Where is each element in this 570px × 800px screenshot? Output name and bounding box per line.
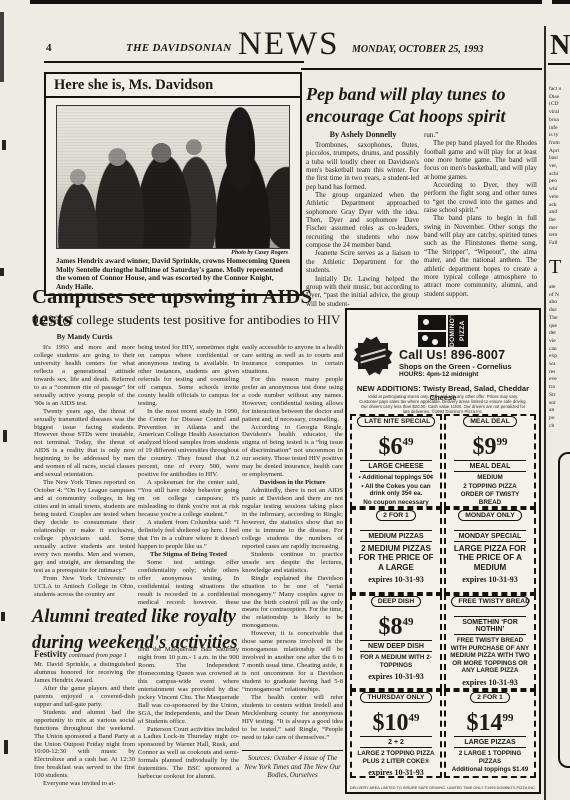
paragraph: Students continue to practice unsafe sex… bbox=[242, 551, 343, 575]
alumni-column-2: tend the Masquerade Ball Saturday night … bbox=[138, 646, 239, 798]
header-rule bbox=[44, 61, 304, 63]
pep-band-column-1: Trombones, saxophones, flutes, piccolos,… bbox=[306, 141, 419, 307]
coupon-line: 2 LARGE 1 TOPPING PIZZAS bbox=[450, 750, 530, 765]
coupon-line: 2 MEDIUM PIZZAS FOR THE PRICE OF A LARGE bbox=[356, 544, 436, 572]
paragraph: velo bbox=[549, 194, 570, 202]
ad-hours: HOURS: 4pm-12 midnight bbox=[399, 371, 539, 378]
paragraph: After the game players and their parents… bbox=[34, 685, 135, 709]
paragraph: res bbox=[549, 369, 570, 377]
paragraph: que bbox=[549, 323, 570, 331]
aids-subhead: 0.2% of college students test positive f… bbox=[32, 312, 346, 328]
paragraph: tem bbox=[549, 232, 570, 240]
paragraph: sor bbox=[549, 400, 570, 408]
ad-bottom-fine-print: DELIVERY AREA LIMITED TO INSURE SAFE DRI… bbox=[350, 786, 536, 790]
coupon-price: $1499 bbox=[448, 707, 532, 734]
photo-feature-title: Here she is, Ms. Davidson bbox=[46, 74, 300, 98]
paragraph: the bbox=[549, 217, 570, 225]
coupon-line: LARGE 2 TOPPING PIZZA PLUS 2 LITER COKE® bbox=[356, 750, 436, 765]
coupon-expires: expires 10-31-93 bbox=[354, 672, 438, 681]
paragraph: From New York University to UCLA to Anti… bbox=[34, 575, 135, 599]
pep-band-column-2: run.”The pep band played for the Rhodes … bbox=[424, 131, 537, 307]
coupon-title: MEAL DEAL bbox=[454, 460, 526, 472]
coupon-line: ORDER OF TWISTY BREAD bbox=[450, 491, 530, 506]
paragraph: ate bbox=[549, 284, 570, 292]
scan-artifact-edge-mark bbox=[1, 612, 5, 621]
starburst-badge-icon bbox=[351, 338, 395, 374]
coupon-tab: LATE NITE SPECIAL bbox=[357, 416, 434, 427]
paragraph: fact o bbox=[549, 86, 570, 94]
header-rule bbox=[548, 63, 570, 65]
coupon-title: LARGE CHEESE bbox=[360, 460, 432, 472]
domino-tile-icon bbox=[418, 315, 446, 347]
section-title: NEWS bbox=[238, 26, 340, 63]
alumni-column-1: Mr. David Sprinkle, a distinguished alum… bbox=[34, 661, 135, 798]
scan-artifact-top-bar bbox=[552, 0, 570, 4]
paragraph: A spokesman for the center said, “You st… bbox=[138, 479, 239, 519]
coupon-line: • All the Cokes you can drink only 35¢ e… bbox=[356, 483, 436, 498]
paragraph: viral bbox=[549, 109, 570, 117]
ad-phone: Call Us! 896-8007 bbox=[399, 348, 539, 362]
coupon-tab: THURSDAY ONLY bbox=[360, 692, 431, 703]
paragraph: (CD bbox=[549, 101, 570, 109]
paragraph: of N bbox=[549, 292, 570, 300]
coupon-tab: MONDAY ONLY bbox=[458, 510, 522, 521]
paragraph: peo bbox=[549, 178, 570, 186]
coupon-expires: expires 10-31-93 bbox=[448, 575, 532, 584]
coupon-grid: LATE NITE SPECIAL$649LARGE CHEESE• Addit… bbox=[350, 414, 536, 778]
paragraph: easily accessible to anyone in a health … bbox=[242, 344, 343, 376]
coupon-line: FREE TWISTY BREAD WITH PURCHASE OF ANY M… bbox=[450, 637, 530, 675]
paragraph: ver, bbox=[549, 163, 570, 171]
newspaper-page: 4 THE DAVIDSONIAN NEWS MONDAY, OCTOBER 2… bbox=[0, 0, 570, 800]
paragraph: basi bbox=[549, 155, 570, 163]
issue-date: MONDAY, OCTOBER 25, 1993 bbox=[352, 44, 483, 55]
scan-artifact-edge-mark bbox=[0, 12, 4, 82]
paragraph: Patterson Court activities included a La… bbox=[138, 726, 239, 782]
paragraph: an bbox=[549, 407, 570, 415]
coupon-line: 2 TOPPING PIZZA bbox=[450, 483, 530, 491]
coupon-expires: expires 10-31-93 bbox=[448, 777, 532, 778]
coupon-title: MEDIUM PIZZAS bbox=[360, 530, 432, 542]
paragraph: po bbox=[549, 415, 570, 423]
next-page-section-letter: N bbox=[550, 30, 570, 62]
aids-sources-note: Sources: October 4 issue of The New York… bbox=[242, 750, 343, 780]
paragraph: According to Georgia Ringle, Davidson's … bbox=[242, 424, 343, 480]
paragraph: The pep band played for the Rhodes footb… bbox=[424, 139, 537, 181]
paragraph: The bbox=[549, 315, 570, 323]
alumni-lead-word: Festivity bbox=[34, 649, 67, 659]
dominos-ad: DOMINO'S PIZZA Call Us! 896-8007 Shops o… bbox=[345, 308, 541, 794]
coupon: 2 FOR 1MEDIUM PIZZAS2 MEDIUM PIZZAS FOR … bbox=[350, 508, 442, 594]
coupon-line: No coupon necessary bbox=[356, 499, 436, 507]
paragraph: Admittedly, there is not an AIDS panic a… bbox=[242, 487, 343, 551]
paragraph: Fall bbox=[549, 240, 570, 248]
paragraph: The New York Times reported on October 4… bbox=[34, 479, 135, 574]
paragraph: The health center will refer students to… bbox=[242, 694, 343, 742]
masthead: THE DAVIDSONIAN bbox=[126, 42, 231, 54]
paragraph: Apri bbox=[549, 148, 570, 156]
coupon-expires: expires 10-31-93 bbox=[354, 575, 438, 584]
coupon-title: LARGE PIZZAS bbox=[454, 736, 526, 748]
coupon-line: MEDIUM bbox=[450, 474, 530, 482]
coupon-expires: expires 10-31-93 bbox=[354, 768, 438, 777]
ad-fine-print: Valid at participating stores only. Not … bbox=[359, 394, 527, 414]
aids-column-3: easily accessible to anyone in a health … bbox=[242, 344, 343, 746]
scan-artifact-edge-mark bbox=[2, 140, 6, 150]
scan-artifact-edge-mark bbox=[0, 268, 4, 276]
next-page-big-letter: T bbox=[549, 256, 561, 279]
coupon-title: NEW DEEP DISH bbox=[360, 640, 432, 652]
page-divider-rule bbox=[544, 26, 546, 800]
photo-feature-box: Here she is, Ms. Davidson Photo by Casey… bbox=[44, 72, 302, 296]
coupon-price: $849 bbox=[354, 611, 438, 638]
paragraph: ack bbox=[549, 202, 570, 210]
paragraph: Trombones, saxophones, flutes, piccolos,… bbox=[306, 141, 419, 191]
coupon-line: Additional toppings $1.49 bbox=[450, 766, 530, 774]
coupon-title: MONDAY SPECIAL bbox=[454, 530, 526, 542]
paragraph: Students and alumni had the opportunity … bbox=[34, 709, 135, 781]
paragraph: For this reason many people prefer an an… bbox=[242, 376, 343, 424]
coupon-tab: 2 FOR 1 bbox=[470, 692, 510, 703]
paragraph: duc bbox=[549, 307, 570, 315]
paragraph: run.” bbox=[424, 131, 537, 139]
paragraph: is ty bbox=[549, 132, 570, 140]
paragraph: Everyone was invited to at- bbox=[34, 780, 135, 788]
paragraph: exp bbox=[549, 353, 570, 361]
pep-band-byline: By Ashely Donnelly bbox=[306, 130, 420, 139]
next-page-coupon-edge bbox=[558, 452, 570, 768]
aids-byline: By Mandy Curtis bbox=[34, 332, 135, 341]
paragraph: eve bbox=[549, 376, 570, 384]
paragraph: Twenty years ago, the threat of sexually… bbox=[34, 408, 135, 480]
coupon-expires: expires 10-31-93 bbox=[448, 678, 532, 687]
scan-artifact-top-bar bbox=[30, 0, 542, 4]
paragraph: Some test settings offer confidentiality… bbox=[138, 559, 239, 604]
homecoming-photo bbox=[56, 105, 290, 249]
coupon-price: $999 bbox=[448, 431, 532, 458]
paragraph: In the most recent study in 1990, the Ce… bbox=[138, 408, 239, 480]
paragraph: Mr. David Sprinkle, a distinguished alum… bbox=[34, 661, 135, 685]
alumni-continued-text: continued from page 1 bbox=[67, 652, 127, 659]
paragraph: tend the Masquerade Ball Saturday night … bbox=[138, 646, 239, 726]
paragraph: abo bbox=[549, 299, 570, 307]
coupon-title: SOMETHIN ‘FOR NOTHIN’ bbox=[454, 616, 526, 635]
paragraph: infe bbox=[549, 125, 570, 133]
paragraph: achi bbox=[549, 171, 570, 179]
paragraph: The Stigma of Being Tested bbox=[138, 551, 239, 559]
scan-artifact-edge-mark bbox=[3, 430, 7, 442]
coupon-line: LARGE PIZZA FOR THE PRICE OF A MEDIUM bbox=[450, 544, 530, 572]
paragraph: The band plans to begin in full swing in… bbox=[424, 214, 537, 297]
coupon: FREE TWISTY BREADSOMETHIN ‘FOR NOTHIN’FR… bbox=[444, 594, 536, 690]
pep-band-headline: Pep band will play tunes to encourage Ca… bbox=[306, 84, 542, 127]
paragraph: and bbox=[549, 209, 570, 217]
next-page-text-fragments: ateof NaboducThequederviecanexpwaresevet… bbox=[549, 284, 570, 442]
paragraph: der bbox=[549, 330, 570, 338]
scan-artifact-edge-mark bbox=[4, 740, 8, 754]
coupon: DEEP DISH$849NEW DEEP DISHFOR A MEDIUM W… bbox=[350, 594, 442, 690]
paragraph: broa bbox=[549, 117, 570, 125]
coupon-price: $649 bbox=[354, 431, 438, 458]
aids-column-1: It's 1993 and more and more college stud… bbox=[34, 344, 135, 604]
coupon-tab: MEAL DEAL bbox=[463, 416, 517, 427]
ad-location: Shops on the Green - Cornelius bbox=[399, 362, 539, 371]
coupon-line: • Additional toppings 50¢ bbox=[356, 474, 436, 482]
coupon-tab: DEEP DISH bbox=[371, 596, 422, 607]
next-page-text-fragments: fact oDise(CDviralbroainfeis tyfromAprib… bbox=[549, 86, 570, 250]
paragraph: mer bbox=[549, 225, 570, 233]
paragraph: being tested for HIV, sometimes right on… bbox=[138, 344, 239, 408]
paragraph: Str bbox=[549, 392, 570, 400]
coupon: THURSDAY ONLY$10492 + 2LARGE 2 TOPPING P… bbox=[350, 690, 442, 778]
paragraph: According to Dyer, they will perform the… bbox=[424, 181, 537, 214]
aids-column-2: being tested for HIV, sometimes right on… bbox=[138, 344, 239, 604]
dominos-logo-text: DOMINO'S PIZZA bbox=[448, 315, 468, 347]
paragraph: from bbox=[549, 140, 570, 148]
paragraph: whi bbox=[549, 186, 570, 194]
paragraph: Davidson in the Picture bbox=[242, 479, 343, 487]
paragraph: The group organized when the Athletic De… bbox=[306, 191, 419, 249]
paragraph: It's 1993 and more and more college stud… bbox=[34, 344, 135, 408]
paragraph: tra bbox=[549, 384, 570, 392]
paragraph: ch bbox=[549, 423, 570, 431]
coupon: MEAL DEAL$999MEAL DEALMEDIUM2 TOPPING PI… bbox=[444, 414, 536, 508]
page-number: 4 bbox=[46, 42, 52, 54]
paragraph: can bbox=[549, 346, 570, 354]
coupon-title: 2 + 2 bbox=[360, 736, 432, 748]
coupon-tab: 2 FOR 1 bbox=[376, 510, 416, 521]
coupon: 2 FOR 1$1499LARGE PIZZAS2 LARGE 1 TOPPIN… bbox=[444, 690, 536, 778]
coupon-tab: FREE TWISTY BREAD bbox=[451, 596, 528, 607]
coupon-line: FOR A MEDIUM WITH 2-TOPPINGS bbox=[356, 654, 436, 669]
paragraph: vie bbox=[549, 338, 570, 346]
header-rule bbox=[301, 68, 542, 70]
paragraph: Jeanette Scire serves as a liaison to th… bbox=[306, 249, 419, 274]
coupon: LATE NITE SPECIAL$649LARGE CHEESE• Addit… bbox=[350, 414, 442, 508]
paragraph: A student from Columbia said: “I definit… bbox=[138, 519, 239, 551]
coupon: MONDAY ONLYMONDAY SPECIALLARGE PIZZA FOR… bbox=[444, 508, 536, 594]
paragraph: wa bbox=[549, 361, 570, 369]
alumni-continued-note: Festivity continued from page 1 bbox=[34, 649, 135, 659]
coupon-price: $1049 bbox=[354, 707, 438, 734]
